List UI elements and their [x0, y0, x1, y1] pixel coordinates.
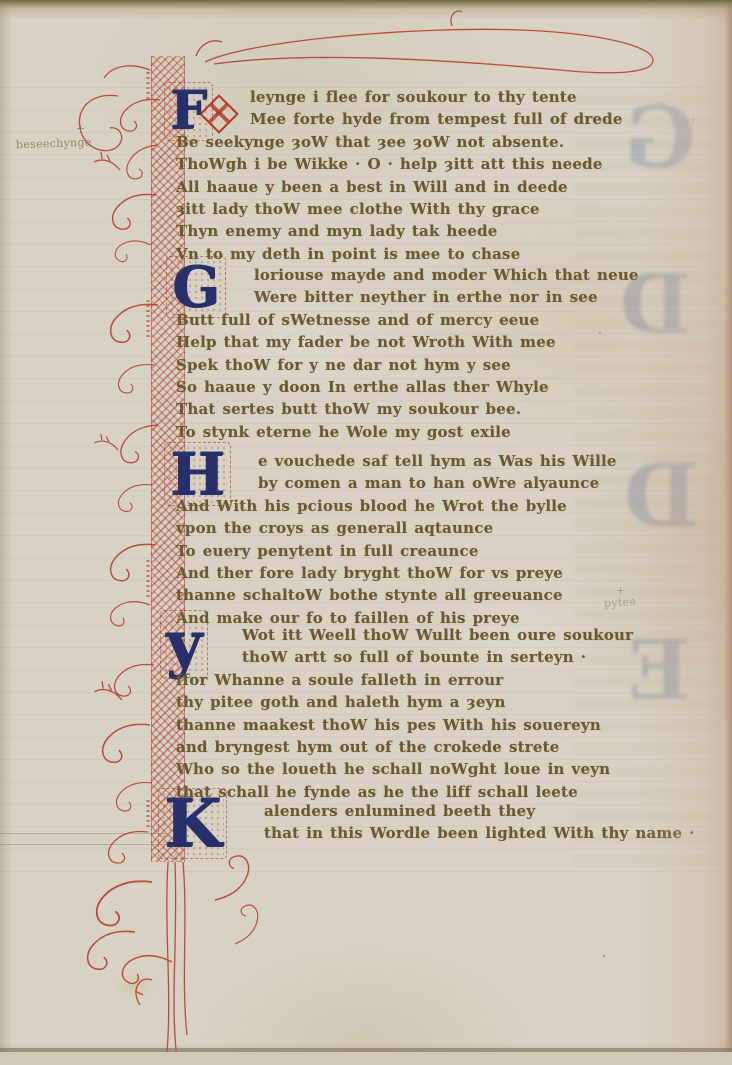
text-line: by comen a man to han oWre alyaunce: [176, 474, 716, 496]
text-line: vpon the croys as generall aqtaunce: [176, 519, 716, 541]
text-line: leynge i flee for soukour to thy tente: [176, 88, 716, 110]
text-line: All haaue y been a best in Will and in d…: [176, 178, 716, 200]
text-line: To stynk eterne he Wole my gost exile: [176, 423, 716, 445]
text-line: And ther fore lady bryght thoW for vs pr…: [176, 564, 716, 586]
stanza-f: leynge i flee for soukour to thy tenteMe…: [176, 88, 716, 267]
text-line: To euery penytent in full creaunce: [176, 542, 716, 564]
left-margin-cross-mark: +: [76, 122, 86, 135]
stanza-g: loriouse mayde and moder Which that neue…: [176, 266, 716, 445]
text-line: thy pitee goth and haleth hym a ȝeyn: [176, 693, 716, 715]
text-line: And With his pcious blood he Wrot the by…: [176, 497, 716, 519]
text-line: Thyn enemy and myn lady tak heede: [176, 222, 716, 244]
text-line: Wot itt Weell thoW Wullt been oure souko…: [176, 626, 716, 648]
stanza-y: Wot itt Weell thoW Wullt been oure souko…: [176, 626, 716, 805]
text-line: Help that my fader be not Wroth With mee: [176, 333, 716, 355]
text-line: alenders enlumined beeth they: [176, 802, 716, 824]
manuscript-page: GDDE: [0, 0, 732, 1065]
text-line: e vouchede saf tell hym as Was his Wille: [176, 452, 716, 474]
text-line: ThoWgh i be Wikke · O · help ȝitt att th…: [176, 155, 716, 177]
text-line: ȝitt lady thoW mee clothe With thy grace: [176, 200, 716, 222]
text-line: Spek thoW for y ne dar not hym y see: [176, 356, 716, 378]
stanza-k: alenders enlumined beeth theythat in thi…: [176, 802, 716, 847]
text-line: So haaue y doon In erthe allas ther Whyl…: [176, 378, 716, 400]
text-line: Mee forte hyde from tempest full of dred…: [176, 110, 716, 132]
text-line: loriouse mayde and moder Which that neue: [176, 266, 716, 288]
text-line: thanne maakest thoW his pes With his sou…: [176, 716, 716, 738]
text-line: Were bitter neyther in erthe nor in see: [176, 288, 716, 310]
text-line: That sertes butt thoW my soukour bee.: [176, 400, 716, 422]
text-line: ffor Whanne a soule falleth in errour: [176, 671, 716, 693]
right-margin-note: pytee: [604, 595, 637, 610]
text-line: Butt full of sWetnesse and of mercy eeue: [176, 311, 716, 333]
text-line: Be seekynge ȝoW that ȝee ȝoW not absente…: [176, 133, 716, 155]
left-margin-note: beseechynge: [16, 136, 92, 152]
text-line: thoW artt so full of bounte in serteyn ·: [176, 648, 716, 670]
text-line: and bryngest hym out of the crokede stre…: [176, 738, 716, 760]
text-line: Who so the loueth he schall noWght loue …: [176, 760, 716, 782]
text-line: that in this Wordle been lighted With th…: [176, 824, 716, 846]
text-line: Vn to my deth in point is mee to chase: [176, 245, 716, 267]
